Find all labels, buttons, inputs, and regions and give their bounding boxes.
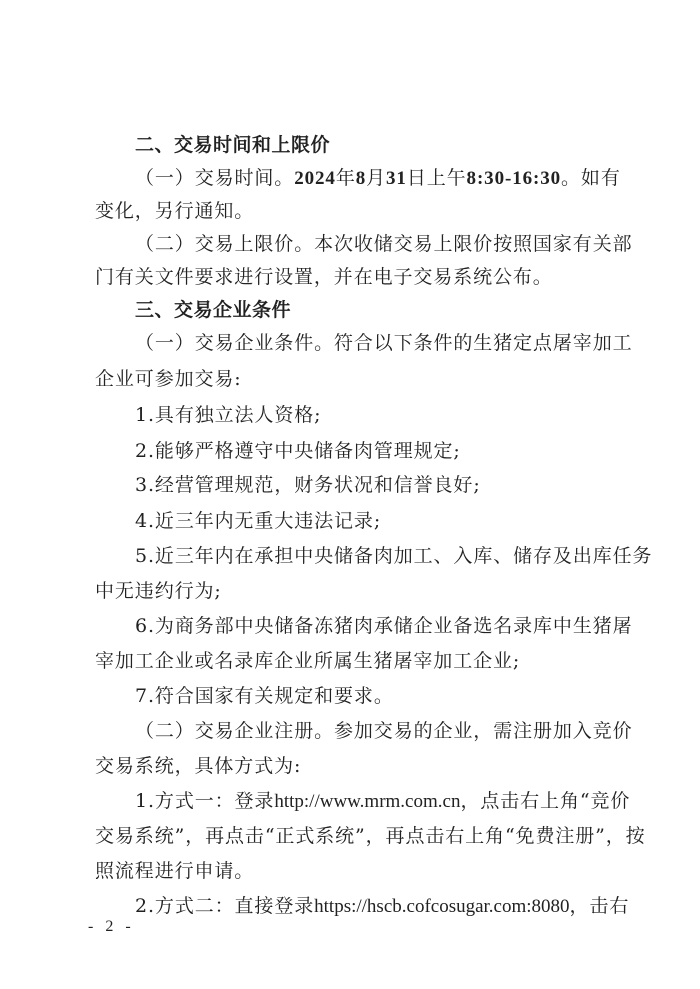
paragraph-registration-cont: 交易系统，具体方式为: <box>95 750 607 783</box>
document-page: 二、交易时间和上限价 （一）交易时间。2024年8月31日上午8:30-16:3… <box>0 0 700 989</box>
paragraph-trading-time-cont: 变化，另行通知。 <box>95 195 607 228</box>
condition-item: 4.近三年内无重大违法记录; <box>135 505 607 538</box>
section-heading-trading-time: 二、交易时间和上限价 <box>135 129 607 162</box>
paragraph-trading-time: （一）交易时间。2024年8月31日上午8:30-16:30。如有 <box>135 162 607 195</box>
condition-item: 6.为商务部中央储备冻猪肉承储企业备选名录库中生猪屠 <box>135 610 607 643</box>
condition-item: 3.经营管理规范，财务状况和信誉良好; <box>135 469 607 502</box>
method-one-cont: 交易系统”，再点击“正式系统”，再点击右上角“免费注册”，按 <box>95 820 607 853</box>
condition-item: 2.能够严格遵守中央储备肉管理规定; <box>135 435 607 468</box>
paragraph-enterprise-conditions: （一）交易企业条件。符合以下条件的生猪定点屠宰加工 <box>135 327 607 360</box>
condition-item: 7.符合国家有关规定和要求。 <box>135 680 607 713</box>
trade-day: 31 <box>386 168 407 189</box>
condition-item-cont: 宰加工企业或名录库企业所属生猪屠宰加工企业; <box>95 645 607 678</box>
page-number: - 2 - <box>88 918 135 936</box>
condition-item-cont: 中无违约行为; <box>95 575 607 608</box>
trade-time-range: 8:30-16:30 <box>467 168 561 189</box>
method-one-cont: 照流程进行申请。 <box>95 855 607 888</box>
section-heading-enterprise-conditions: 三、交易企业条件 <box>135 294 607 327</box>
paragraph-registration: （二）交易企业注册。参加交易的企业，需注册加入竞价 <box>135 715 607 748</box>
cofco-url-link[interactable]: https://hscb.cofcosugar.com:8080 <box>314 896 569 917</box>
method-one: 1.方式一：登录http://www.mrm.com.cn，点击右上角“竞价 <box>135 785 607 818</box>
mrm-url-link[interactable]: http://www.mrm.com.cn <box>274 791 460 812</box>
paragraph-price-cap-cont: 门有关文件要求进行设置，并在电子交易系统公布。 <box>95 261 607 294</box>
paragraph-enterprise-conditions-cont: 企业可参加交易: <box>95 363 607 396</box>
trade-year: 2024 <box>294 168 336 189</box>
trade-month: 8 <box>356 168 366 189</box>
method-two: 2.方式二：直接登录https://hscb.cofcosugar.com:80… <box>135 890 607 923</box>
condition-item: 1.具有独立法人资格; <box>135 399 607 432</box>
condition-item: 5.近三年内在承担中央储备肉加工、入库、储存及出库任务 <box>135 540 607 573</box>
paragraph-price-cap: （二）交易上限价。本次收储交易上限价按照国家有关部 <box>135 228 607 261</box>
